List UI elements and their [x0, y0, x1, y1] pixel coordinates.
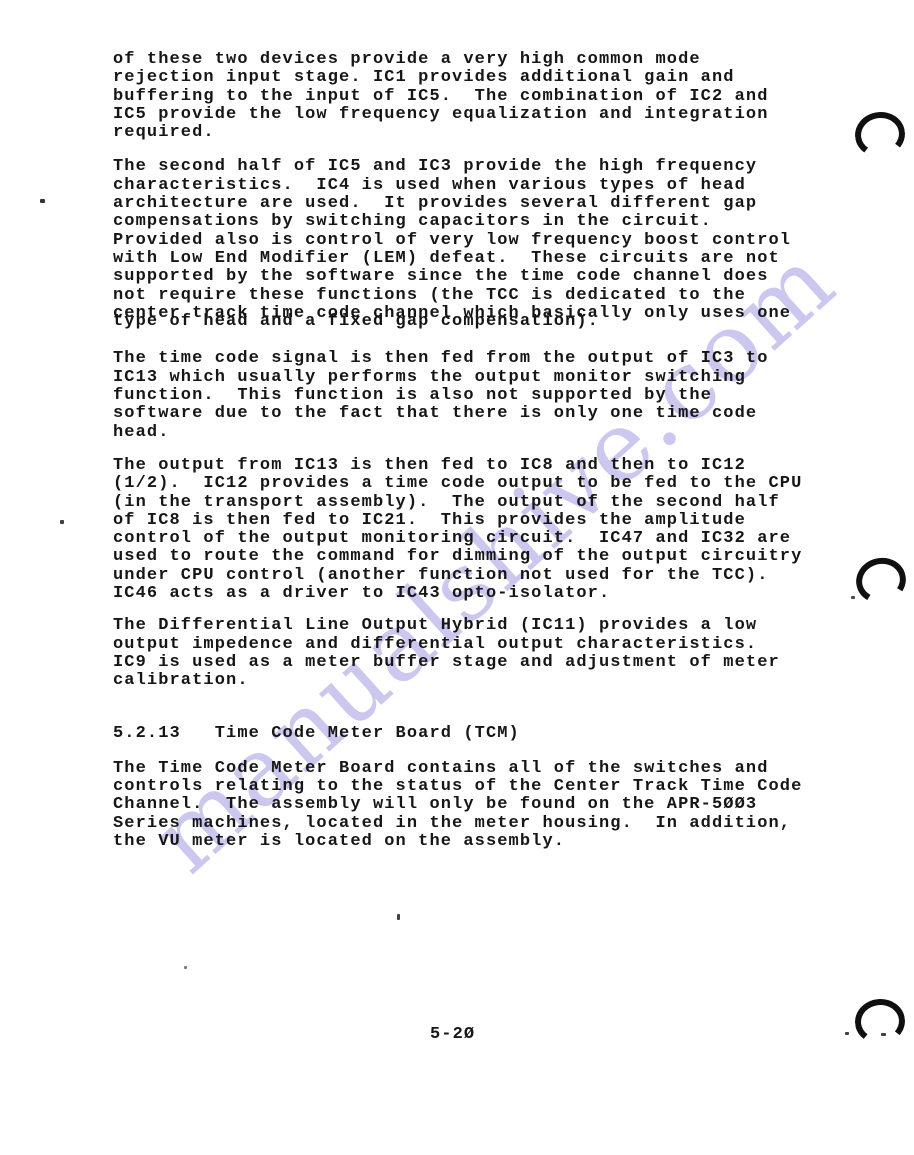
paragraph-continuation: of these two devices provide a very high…: [113, 51, 833, 142]
paragraph: The output from IC13 is then fed to IC8 …: [113, 457, 833, 603]
paragraph: The Differential Line Output Hybrid (IC1…: [113, 617, 833, 690]
paragraph: The second half of IC5 and IC3 provide t…: [113, 158, 833, 323]
section-heading: 5.2.13 Time Code Meter Board (TCM): [113, 725, 833, 743]
binder-ring-mark-icon: [853, 997, 907, 1047]
scan-speck: [40, 199, 45, 203]
scanned-manual-page: manualshive.com of these two devices pro…: [0, 0, 914, 1155]
scan-speck: [845, 1032, 849, 1035]
scan-speck: [397, 914, 400, 920]
paragraph: The Time Code Meter Board contains all o…: [113, 760, 833, 851]
scan-speck: [184, 966, 187, 969]
page-number: 5-2Ø: [430, 1025, 475, 1044]
binder-ring-mark-icon: [851, 553, 910, 609]
scan-speck: [881, 1033, 886, 1036]
paragraph: The time code signal is then fed from th…: [113, 350, 833, 441]
binder-ring-mark-icon: [852, 109, 908, 161]
page-body-text: of these two devices provide a very high…: [113, 51, 833, 851]
scan-speck: [851, 596, 855, 599]
scan-speck: [60, 520, 64, 524]
